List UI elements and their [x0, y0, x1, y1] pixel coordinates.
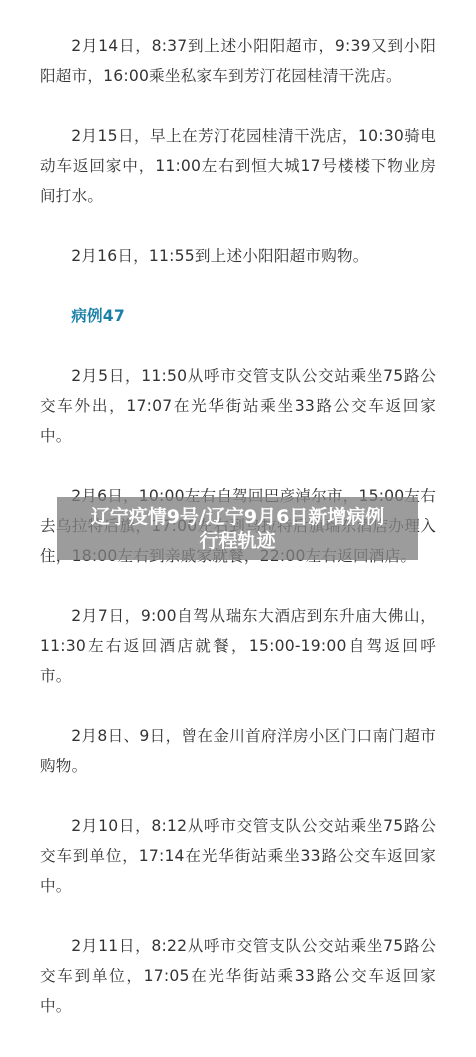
overlay-title-line-2: 行程轨迹	[199, 529, 275, 553]
section-heading-case-47: 病例47	[40, 301, 436, 331]
paragraph-feb14: 2月14日，8:37到上述小阳阳超市，9:39又到小阳阳超市，16:00乘坐私家…	[40, 31, 436, 91]
paragraph-feb16: 2月16日，11:55到上述小阳阳超市购物。	[40, 241, 436, 271]
title-overlay-banner: 辽宁疫情9号/辽宁9月6日新增病例 行程轨迹	[57, 497, 418, 560]
overlay-title-line-1: 辽宁疫情9号/辽宁9月6日新增病例	[91, 505, 385, 529]
paragraph-feb15: 2月15日，早上在芳汀花园桂清干洗店，10:30骑电动车返回家中，11:00左右…	[40, 121, 436, 211]
paragraph-feb10: 2月10日，8:12从呼市交管支队公交站乘坐75路公交车到单位，17:14在光华…	[40, 811, 436, 901]
paragraph-feb7: 2月7日，9:00自驾从瑞东大酒店到东升庙大佛山，11:30左右返回酒店就餐，1…	[40, 601, 436, 691]
paragraph-feb8-9: 2月8日、9日，曾在金川首府洋房小区门口南门超市购物。	[40, 721, 436, 781]
paragraph-feb11: 2月11日，8:22从呼市交管支队公交站乘坐75路公交车到单位，17:05在光华…	[40, 931, 436, 1021]
paragraph-feb5: 2月5日，11:50从呼市交管支队公交站乘坐75路公交车外出，17:07在光华街…	[40, 361, 436, 451]
